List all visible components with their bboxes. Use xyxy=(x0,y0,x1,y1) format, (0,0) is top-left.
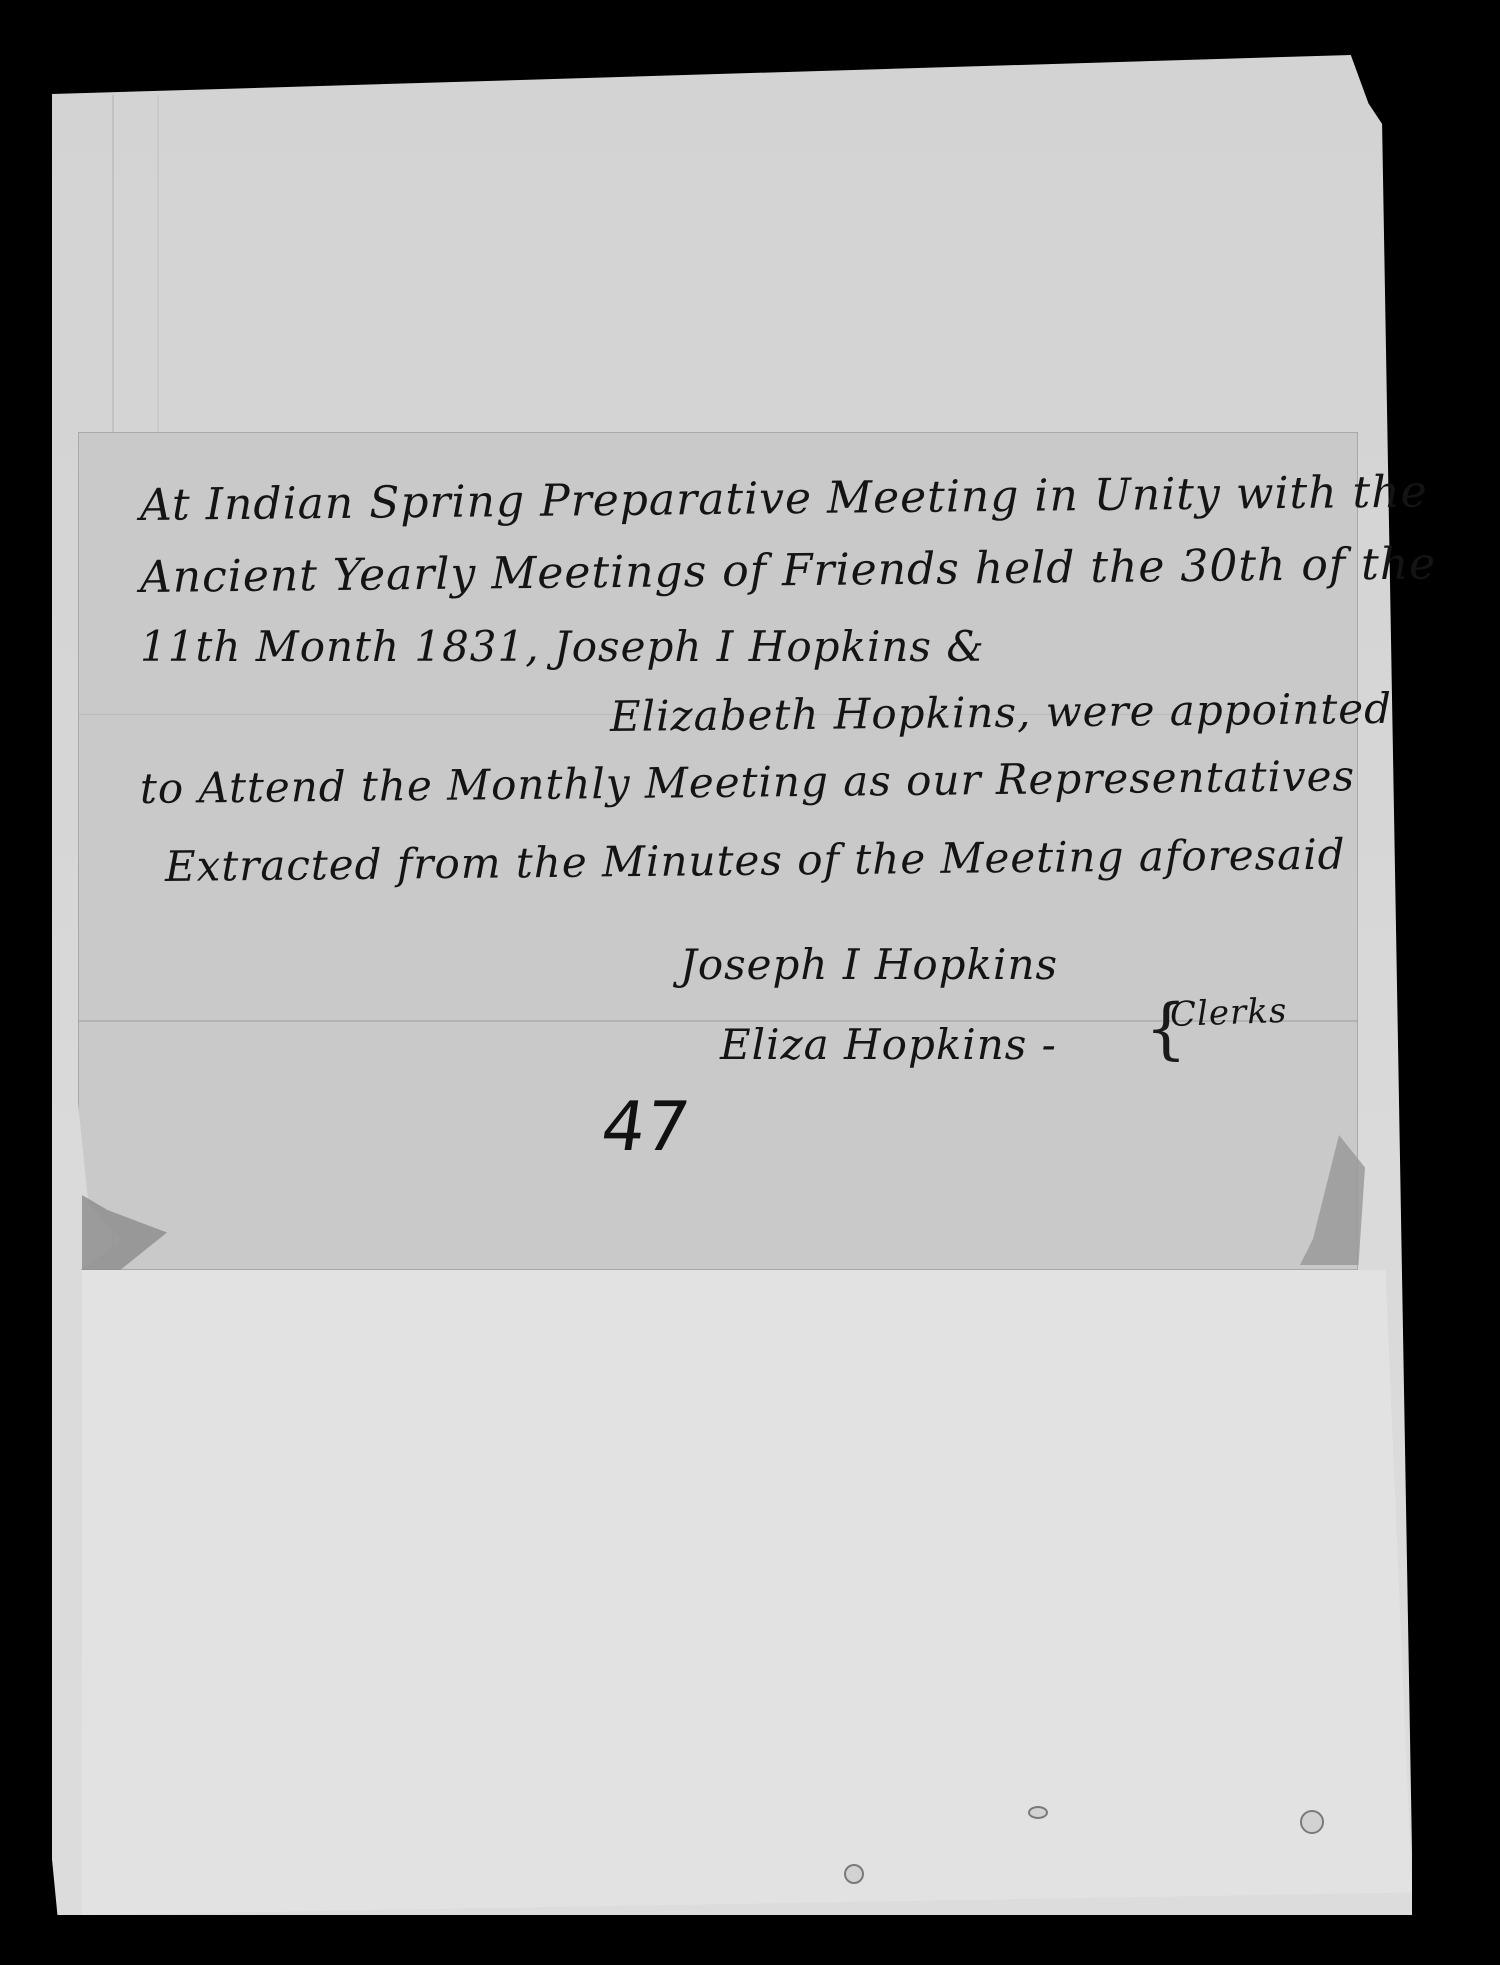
page-number: 47 xyxy=(596,1088,694,1167)
clerks-label: Clerks xyxy=(1169,991,1288,1035)
paper-stain-mark xyxy=(1028,1806,1048,1819)
signature-joseph-hopkins: Joseph I Hopkins xyxy=(680,940,1058,989)
minute-line-4: Elizabeth Hopkins, were appointed xyxy=(610,684,1392,741)
scan-background: At Indian Spring Preparative Meeting in … xyxy=(0,0,1500,1965)
minute-line-3: 11th Month 1831, Joseph I Hopkins & xyxy=(140,622,985,671)
paper-stain-mark xyxy=(844,1864,864,1884)
signature-eliza-hopkins: Eliza Hopkins - xyxy=(720,1020,1057,1069)
paper-stain-mark xyxy=(1300,1810,1324,1834)
backing-paper-lower-section xyxy=(82,1270,1412,1915)
